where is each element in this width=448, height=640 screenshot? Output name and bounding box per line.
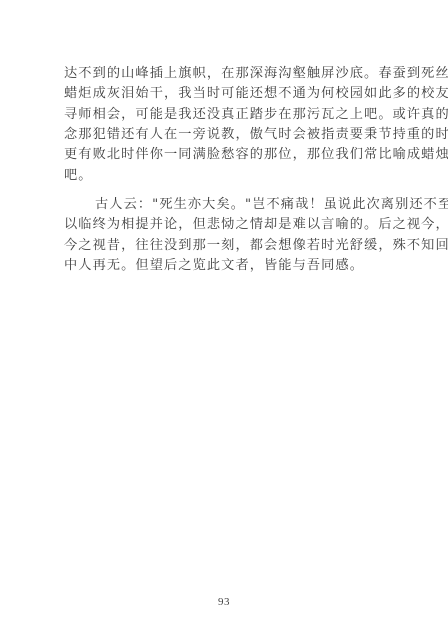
text-line: 中人再无。但望后之览此文者，皆能与吾同感。 — [64, 258, 364, 274]
text-line: 寻师相会，可能是我还没真正踏步在那污瓦之上吧。或许真的会怀 — [64, 107, 448, 123]
text-line: 今之视昔，往往没到那一刻，都会想像若时光舒缓，殊不知回首府 — [64, 238, 448, 254]
text-line: 更有败北时伴你一同满脸愁容的那位，那位我们常比喻成蜡烛的他 — [64, 147, 448, 163]
text-line: 吧。 — [64, 168, 93, 184]
page-number: 93 — [0, 596, 448, 608]
text-line: 念那犯错还有人在一旁说教，傲气时会被指责要秉节持重的时刻， — [64, 127, 448, 143]
text-line-indented: 古人云："死生亦大矣。"岂不痛哉！虽说此次离别还不至于 — [95, 197, 448, 213]
document-page: 达不到的山峰插上旗帜，在那深海沟壑触屏沙底。春蚕到死丝方尽， 蜡炬成灰泪始干，我… — [0, 0, 448, 640]
text-line: 蜡炬成灰泪始干，我当时可能还想不通为何校园如此多的校友往返 — [64, 86, 448, 102]
text-line: 以临终为相提并论，但悲恸之情却是难以言喻的。后之视今，亦犹 — [64, 217, 448, 233]
text-line: 达不到的山峰插上旗帜，在那深海沟壑触屏沙底。春蚕到死丝方尽， — [64, 66, 448, 82]
